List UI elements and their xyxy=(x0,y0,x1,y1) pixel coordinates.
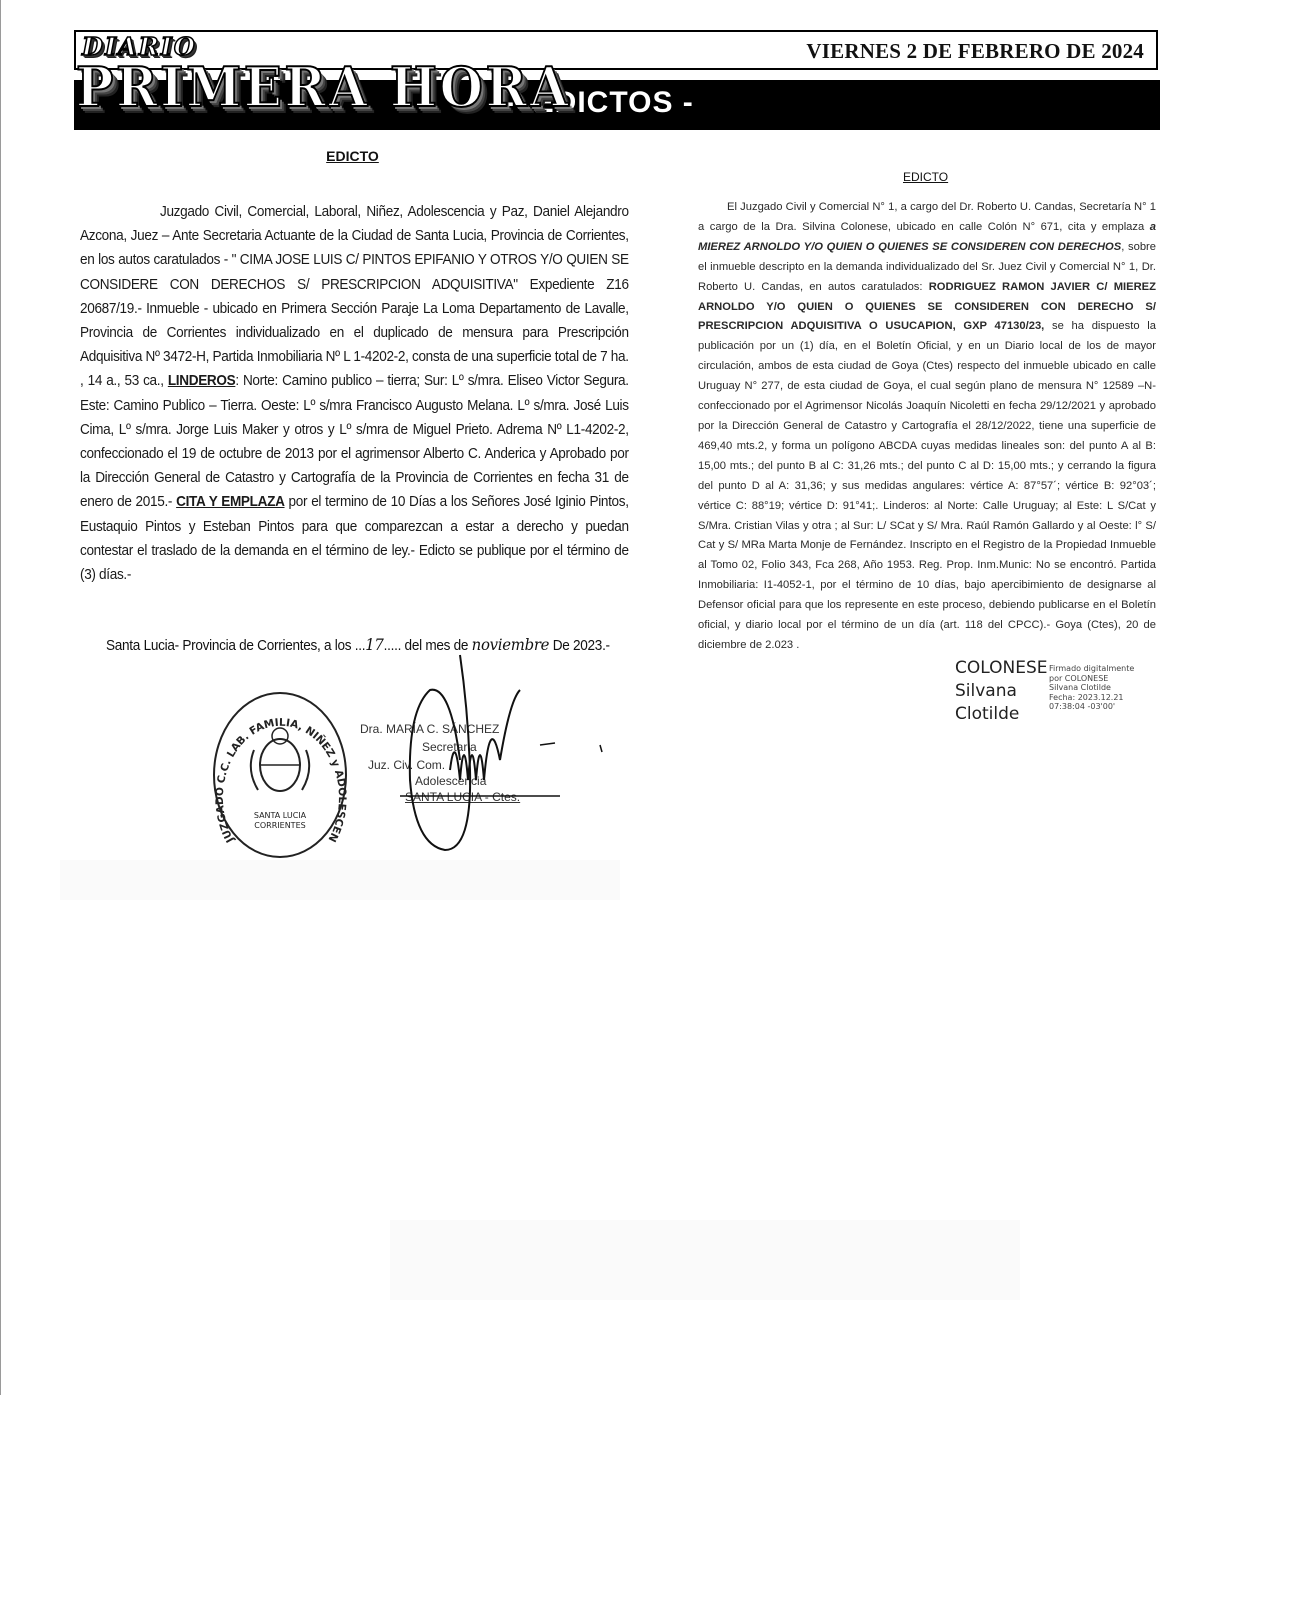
page-left-border xyxy=(0,0,1,1395)
cita-emplaza-label: CITA Y EMPLAZA xyxy=(176,494,284,510)
sig-meta-4: Fecha: 2023.12.21 xyxy=(1049,693,1149,703)
edict-left-text-2: : Norte: Camino publico – tierra; Sur: L… xyxy=(80,373,629,510)
digital-signature: COLONESE Silvana Clotilde Firmado digita… xyxy=(955,657,1048,726)
edict-right-text-3: se ha dispuesto la publicación por un (1… xyxy=(698,320,1156,651)
masthead: VIERNES 2 DE FEBRERO DE 2024 - EDICTOS -… xyxy=(74,30,1160,130)
logo-primera-hora: PRIMERA HORA xyxy=(76,60,571,114)
signer-surname: COLONESE xyxy=(955,657,1048,680)
sig-meta-5: 07:38:04 -03'00' xyxy=(1049,702,1149,712)
sig-meta-1: Firmado digitalmente xyxy=(1049,664,1149,674)
sig-meta-3: Silvana Clotilde xyxy=(1049,683,1149,693)
seal-province: CORRIENTES xyxy=(254,821,305,830)
edict-right-body: El Juzgado Civil y Comercial N° 1, a car… xyxy=(698,198,1156,656)
handwritten-signature: Dra. MARÍA C. SÁNCHEZ Secretaria Juz. Ci… xyxy=(360,650,610,860)
closing-prefix: Santa Lucia- Provincia de Corrientes, a … xyxy=(106,638,365,654)
sig-meta-2: por COLONESE xyxy=(1049,674,1149,684)
linderos-label: LINDEROS xyxy=(168,373,236,389)
edict-left-text-1: Juzgado Civil, Comercial, Laboral, Niñez… xyxy=(80,204,629,389)
court-seal: JUZGADO C.C. LAB. FAMILIA, NIÑEZ y ADOLE… xyxy=(210,690,350,860)
signer-first-name: Silvana xyxy=(955,680,1048,703)
scan-artifact xyxy=(60,860,620,900)
edict-left-body: Juzgado Civil, Comercial, Laboral, Niñez… xyxy=(80,200,629,587)
edict-right-title: EDICTO xyxy=(903,170,948,184)
signature-metadata: Firmado digitalmente por COLONESE Silvan… xyxy=(1049,664,1149,712)
signer-middle-name: Clotilde xyxy=(955,703,1048,726)
issue-date: VIERNES 2 DE FEBRERO DE 2024 xyxy=(806,39,1144,64)
seal-city: SANTA LUCIA xyxy=(254,811,307,820)
edict-left-title: EDICTO xyxy=(80,148,625,164)
edict-right-text-1: El Juzgado Civil y Comercial N° 1, a car… xyxy=(698,201,1156,233)
scan-artifact xyxy=(390,1220,1020,1300)
